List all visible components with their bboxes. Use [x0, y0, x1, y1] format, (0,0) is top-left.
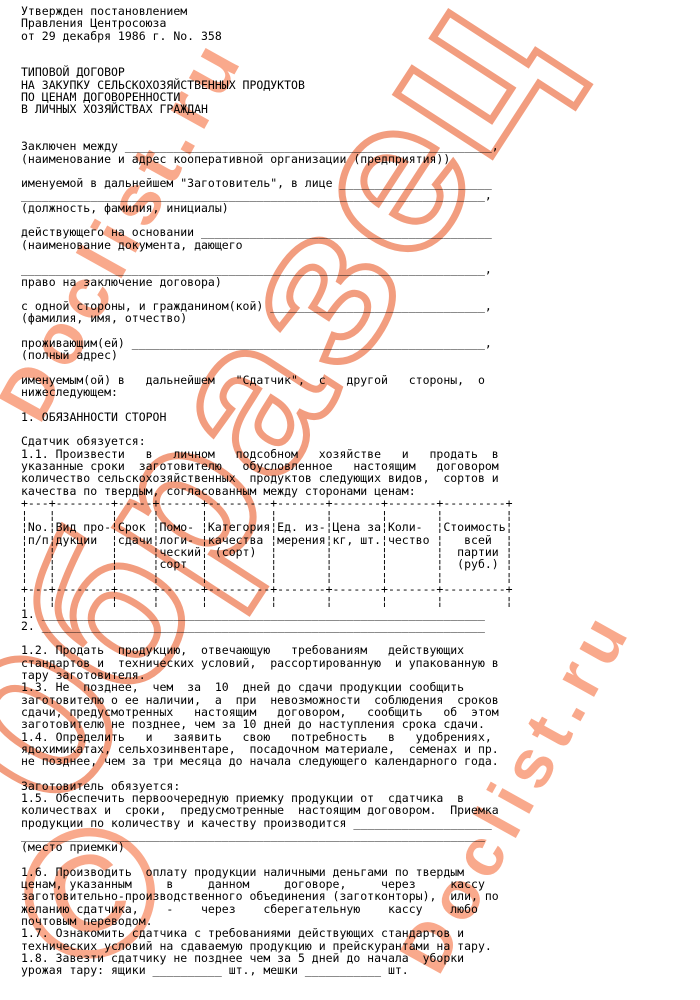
doc-line: количество сельскохозяйственных продукто… [21, 472, 700, 484]
doc-line: ________________________________________… [21, 189, 700, 201]
doc-line: заготовителю не позднее, чем за 10 дней … [21, 718, 700, 730]
doc-line: (наименование документа, дающего [21, 239, 700, 251]
doc-line: Заключен между _________________________… [21, 140, 700, 152]
doc-line [21, 116, 700, 128]
doc-line [21, 42, 700, 54]
doc-line: от 29 декабря 1986 г. No. 358 [21, 30, 700, 42]
doc-line: не позднее, чем за три месяца до начала … [21, 755, 700, 767]
document-body: Утвержден постановлениемПравления Центро… [0, 0, 700, 1000]
doc-line: проживающим(ей) ________________________… [21, 337, 700, 349]
doc-line: (наименование и адрес кооперативной орга… [21, 153, 700, 165]
doc-line: ________________________________________… [21, 263, 700, 275]
doc-line: ¦No.¦Вид про-¦Срок ¦Помо- ¦Категория¦Ед.… [21, 521, 700, 533]
doc-line: ¦ ¦ ¦ ¦сорт ¦ ¦ ¦ ¦ ¦ (руб.) ¦ [21, 558, 700, 570]
doc-line: 2. _____________________________________… [21, 620, 700, 632]
doc-line [21, 853, 700, 865]
doc-line: (полный адрес) [21, 349, 700, 361]
doc-line: 1.3. Не позднее, чем за 10 дней до сдачи… [21, 681, 700, 693]
doc-line: ТИПОВОЙ ДОГОВОР [21, 66, 700, 78]
doc-line: 1.2. Продать продукцию, отвечающую требо… [21, 644, 700, 656]
doc-line: Сдатчик обязуется: [21, 435, 700, 447]
doc-line: действующего на основании ______________… [21, 226, 700, 238]
doc-line: технических условий на сдаваемую продукц… [21, 940, 700, 952]
doc-line: 1. _____________________________________… [21, 608, 700, 620]
doc-line [21, 767, 700, 779]
doc-line: именуемым(ой) в дальнейшем "Сдатчик", с … [21, 374, 700, 386]
doc-line: количествах и сроки, предусмотренные нас… [21, 804, 700, 816]
document-page: Doclist.ru © Образец Doclist.ru Утвержде… [0, 0, 700, 1000]
doc-line: В ЛИЧНЫХ ХОЗЯЙСТВАХ ГРАЖДАН [21, 103, 700, 115]
doc-line: заготовительно-производственного объедин… [21, 890, 700, 902]
doc-line: урожая тару: ящики __________ шт., мешки… [21, 964, 700, 976]
doc-line: право на заключение договора) [21, 276, 700, 288]
doc-line: (место приемки) [21, 841, 700, 853]
doc-line: (должность, фамилия, инициалы) [21, 202, 700, 214]
doc-line: (фамилия, имя, отчество) [21, 312, 700, 324]
doc-line: нижеследующем: [21, 386, 700, 398]
doc-line: 1.7. Ознакомить сдатчика с требованиями … [21, 927, 700, 939]
doc-line: 1.4. Определить и заявить свою потребнос… [21, 731, 700, 743]
doc-line: ¦ ¦ ¦ ¦ ¦ ¦ ¦ ¦ ¦ ¦ [21, 595, 700, 607]
doc-line: Правления Центросоюза [21, 17, 700, 29]
doc-line [21, 399, 700, 411]
doc-line: 1. ОБЯЗАННОСТИ СТОРОН [21, 411, 700, 423]
